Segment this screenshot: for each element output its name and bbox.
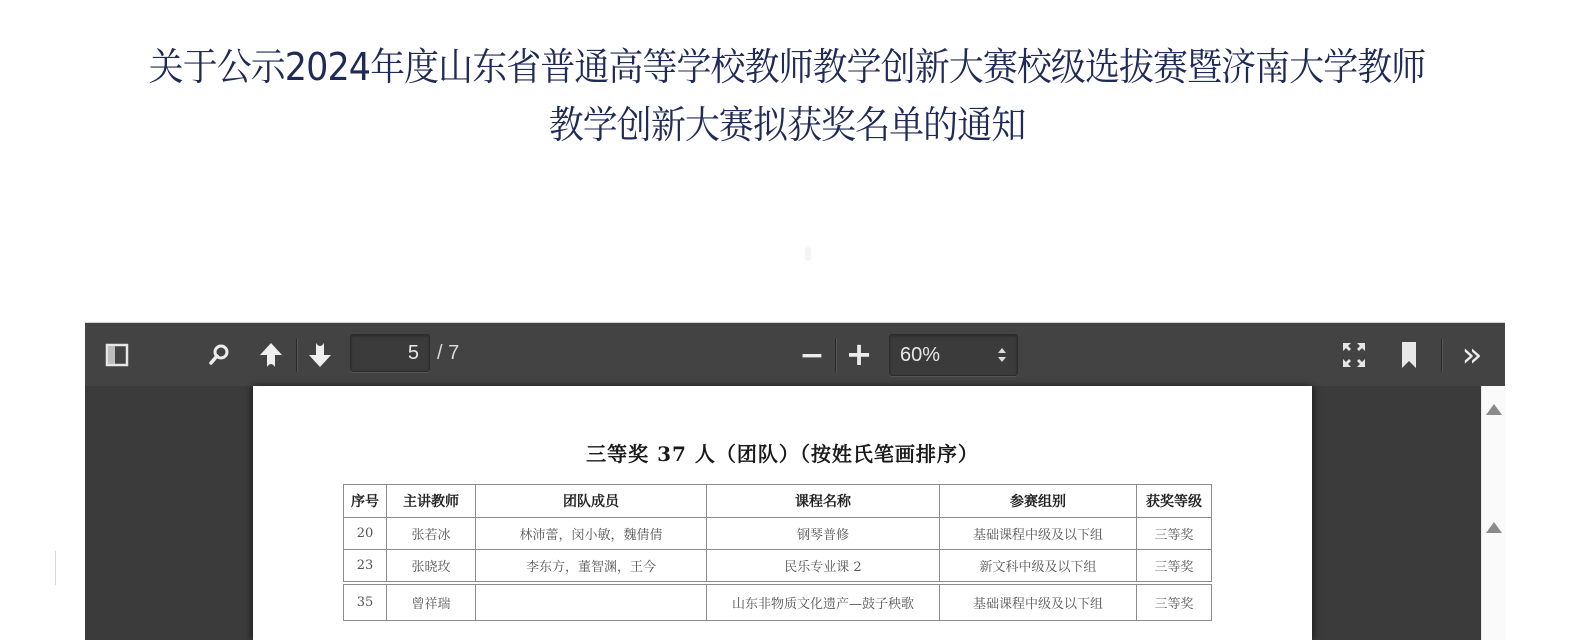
presentation-mode-button[interactable] bbox=[1341, 341, 1367, 369]
zoom-out-button[interactable]: − bbox=[799, 337, 825, 373]
col-header-lead-teacher: 主讲教师 bbox=[387, 485, 476, 518]
previous-page-button[interactable] bbox=[257, 339, 285, 371]
col-header-course-name: 课程名称 bbox=[707, 485, 940, 518]
cell-lead-teacher: 曾祥瑞 bbox=[387, 583, 476, 621]
notice-headline: 关于公示2024年度山东省普通高等学校教师教学创新大赛校级选拔赛暨济南大学教师 … bbox=[63, 38, 1511, 154]
document-canvas[interactable]: 三等奖 37 人（团队）（按姓氏笔画排序） 序号 主讲教师 团队成员 课程名称 … bbox=[85, 386, 1505, 640]
fullscreen-icon bbox=[1342, 342, 1366, 368]
cell-index: 20 bbox=[344, 518, 387, 550]
cell-award-level: 三等奖 bbox=[1137, 518, 1212, 550]
cell-course-name: 民乐专业课 2 bbox=[707, 550, 940, 584]
search-button[interactable] bbox=[205, 341, 233, 369]
cell-index: 23 bbox=[344, 550, 387, 584]
headline-line-2: 教学创新大赛拟获奖名单的通知 bbox=[63, 96, 1511, 154]
cell-team-members: 李东方，董智渊，王今 bbox=[476, 550, 707, 584]
zoom-level-select[interactable]: 60% bbox=[889, 334, 1018, 376]
tools-button[interactable]: » bbox=[1455, 337, 1489, 373]
cell-index: 35 bbox=[344, 583, 387, 621]
cell-category: 基础课程中级及以下组 bbox=[940, 518, 1137, 550]
headline-line-1: 关于公示2024年度山东省普通高等学校教师教学创新大赛校级选拔赛暨济南大学教师 bbox=[63, 38, 1511, 96]
search-icon bbox=[207, 343, 231, 367]
table-row: 23 张晓玫 李东方，董智渊，王今 民乐专业课 2 新文科中级及以下组 三等奖 bbox=[344, 550, 1212, 584]
cell-award-level: 三等奖 bbox=[1137, 583, 1212, 621]
zoom-in-button[interactable]: + bbox=[846, 336, 872, 372]
next-page-button[interactable] bbox=[306, 339, 334, 371]
bookmark-icon bbox=[1401, 341, 1417, 369]
page-count: / 7 bbox=[437, 334, 459, 372]
cell-lead-teacher: 张若冰 bbox=[387, 518, 476, 550]
decorative-mark bbox=[805, 247, 811, 261]
scroll-up-arrow-icon[interactable] bbox=[1486, 522, 1502, 533]
toolbar-separator bbox=[296, 338, 297, 372]
divider bbox=[55, 551, 56, 585]
bookmark-button[interactable] bbox=[1397, 340, 1421, 370]
arrow-down-icon bbox=[308, 341, 332, 369]
vertical-scrollbar[interactable] bbox=[1481, 386, 1506, 640]
arrow-up-icon bbox=[259, 341, 283, 369]
cell-category: 新文科中级及以下组 bbox=[940, 550, 1137, 584]
scroll-up-arrow-icon[interactable] bbox=[1486, 404, 1502, 415]
col-header-index: 序号 bbox=[344, 485, 387, 518]
cell-team-members: 林沛蕾，闵小敏，魏倩倩 bbox=[476, 518, 707, 550]
toolbar-separator bbox=[835, 338, 836, 372]
table-row: 20 张若冰 林沛蕾，闵小敏，魏倩倩 钢琴普修 基础课程中级及以下组 三等奖 bbox=[344, 518, 1212, 550]
cell-category: 基础课程中级及以下组 bbox=[940, 583, 1137, 621]
table-row: 35 曾祥瑞 山东非物质文化遗产—鼓子秧歌 基础课程中级及以下组 三等奖 bbox=[344, 583, 1212, 621]
col-header-award-level: 获奖等级 bbox=[1137, 485, 1212, 518]
pdf-viewer: 5 / 7 − + 60% bbox=[85, 322, 1505, 640]
col-header-team-members: 团队成员 bbox=[476, 485, 707, 518]
page-number-input[interactable]: 5 bbox=[350, 334, 430, 372]
cell-team-members bbox=[476, 583, 707, 621]
zoom-level-value: 60% bbox=[900, 335, 940, 375]
toolbar-separator bbox=[1441, 338, 1442, 372]
sidebar-toggle-button[interactable] bbox=[103, 341, 131, 369]
cell-award-level: 三等奖 bbox=[1137, 550, 1212, 584]
award-section-title: 三等奖 37 人（团队）（按姓氏笔画排序） bbox=[253, 438, 1312, 467]
table-header-row: 序号 主讲教师 团队成员 课程名称 参赛组别 获奖等级 bbox=[344, 485, 1212, 518]
cell-course-name: 钢琴普修 bbox=[707, 518, 940, 550]
cell-lead-teacher: 张晓玫 bbox=[387, 550, 476, 584]
select-arrows-icon bbox=[997, 347, 1007, 363]
sidebar-toggle-icon bbox=[105, 343, 129, 367]
pdf-page: 三等奖 37 人（团队）（按姓氏笔画排序） 序号 主讲教师 团队成员 课程名称 … bbox=[253, 386, 1312, 640]
awards-table: 序号 主讲教师 团队成员 课程名称 参赛组别 获奖等级 20 张若冰 林沛蕾，闵… bbox=[343, 484, 1212, 621]
pdf-toolbar: 5 / 7 − + 60% bbox=[85, 322, 1505, 387]
cell-course-name: 山东非物质文化遗产—鼓子秧歌 bbox=[707, 583, 940, 621]
col-header-category: 参赛组别 bbox=[940, 485, 1137, 518]
